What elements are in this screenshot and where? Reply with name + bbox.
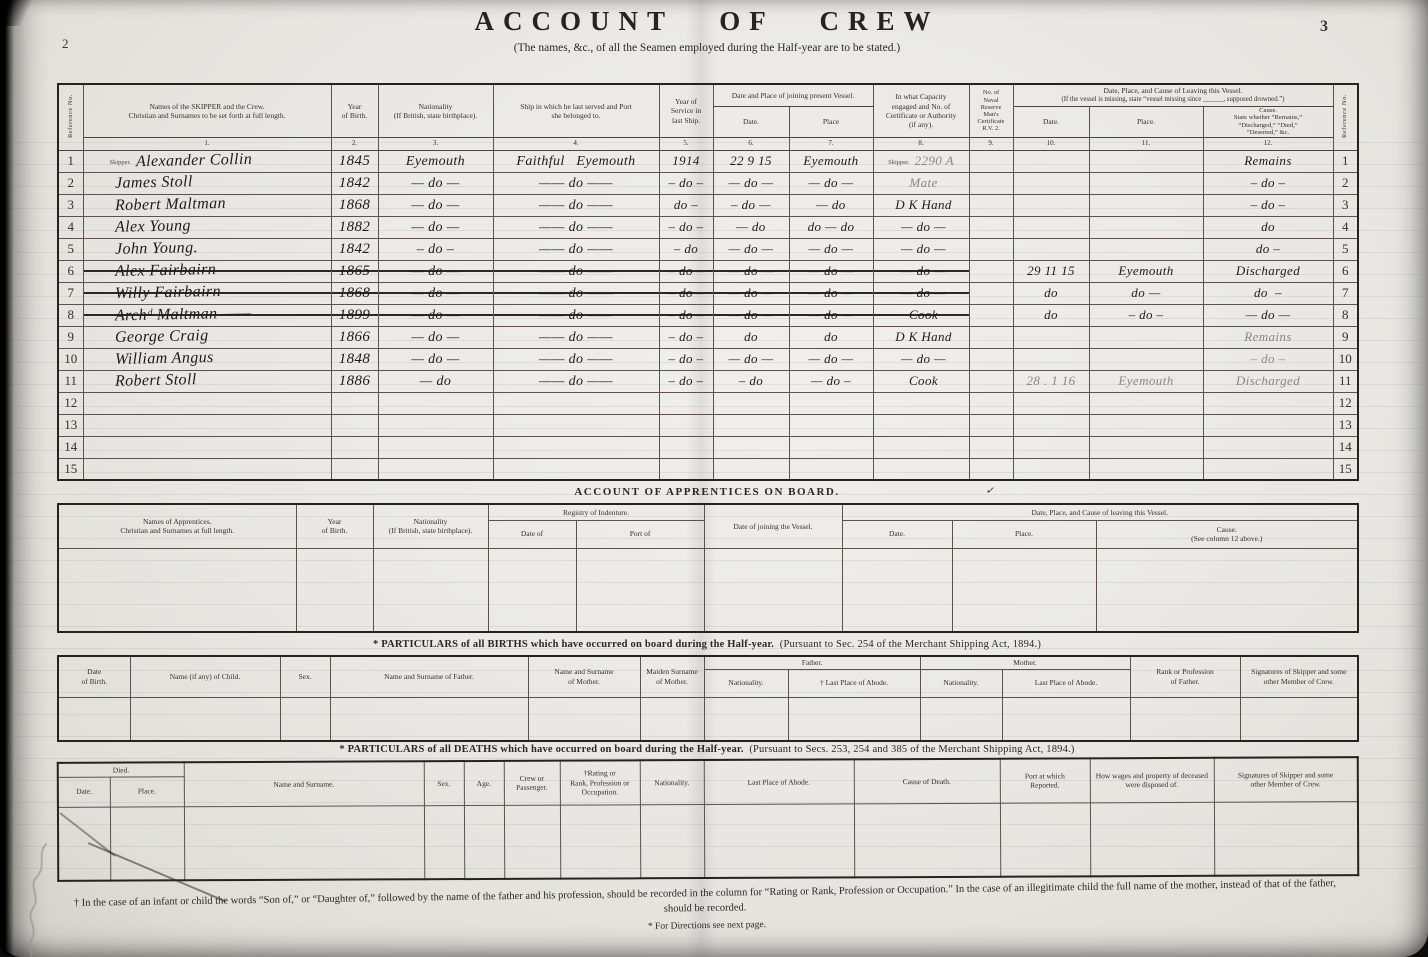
cause-cell: Discharged	[1203, 370, 1333, 392]
naval-cell	[969, 304, 1013, 326]
crew-name: John Young.	[114, 239, 197, 259]
name-cell: George Craig	[83, 326, 331, 348]
col-group-leaving: Date, Place, and Cause of Leaving this V…	[1013, 84, 1333, 106]
birth-col-mother-group: Mother.	[920, 656, 1130, 669]
birth-col-father-nat: Nationality.	[704, 669, 788, 697]
col-header-naval-reserve: No. of Naval Reserve Man's Certificate R…	[969, 84, 1013, 137]
name-cell: Robert Maltman	[83, 194, 331, 216]
nationality-cell: – do –	[378, 238, 493, 260]
crew-row: 6 Alex Fairbairn 1865 — do — —— do —— – …	[58, 260, 1358, 282]
col-header-join-date: Date.	[713, 106, 789, 137]
year-cell: 1842	[331, 172, 378, 194]
capacity-cell: — do —	[873, 260, 969, 282]
year-cell: 1899	[331, 304, 378, 326]
nationality-cell: — do —	[378, 282, 493, 304]
naval-cell	[969, 370, 1013, 392]
death-col-port: Port at which Reported.	[1000, 758, 1090, 802]
name-cell: John Young.	[83, 238, 331, 260]
join-place-cell: do	[789, 326, 873, 348]
leave-place-cell	[1089, 172, 1203, 194]
name-cell: Willy Fairbairn	[83, 282, 331, 304]
nationality-cell: Eyemouth	[378, 150, 493, 172]
capacity-cell: — do —	[873, 348, 969, 370]
row-ref-left: 7	[58, 282, 83, 304]
app-col-joining: Date of joining the Vessel.	[704, 504, 842, 548]
crew-row: 10 William Angus 1848 — do — —— do —— – …	[58, 348, 1358, 370]
join-date-cell	[713, 458, 789, 480]
row-ref-right: 8	[1333, 304, 1358, 326]
last-ship-cell: —— do ——	[493, 260, 659, 282]
join-date-cell: — do —	[713, 172, 789, 194]
capacity-cell	[873, 458, 969, 480]
join-date-cell	[713, 392, 789, 414]
join-place-cell: — do —	[789, 304, 873, 326]
death-col-date: Date.	[58, 777, 110, 807]
year-cell: 1865	[331, 260, 378, 282]
col-header-year-of-birth: Year of Birth.	[331, 84, 378, 137]
last-ship-cell: —— do ——	[493, 238, 659, 260]
page-subtitle: (The names, &c., of all the Seamen emplo…	[57, 42, 1357, 54]
cause-cell: do	[1203, 216, 1333, 238]
service-cell	[659, 414, 713, 436]
leave-date-cell	[1013, 216, 1089, 238]
col-header-year-of-service: Year of Service in last Ship.	[659, 84, 713, 137]
naval-cell	[969, 238, 1013, 260]
join-date-cell: 22 9 15	[713, 150, 789, 172]
birth-col-sex: Sex.	[280, 656, 330, 697]
join-place-cell: — do —	[789, 238, 873, 260]
year-cell	[331, 436, 378, 458]
app-col-leave-place: Place.	[952, 520, 1096, 548]
crew-name: James Stoll	[114, 174, 192, 194]
cause-cell	[1203, 414, 1333, 436]
crew-row: 15 15	[58, 458, 1358, 480]
death-col-crew: Crew or Passenger.	[504, 761, 560, 805]
leave-place-cell	[1089, 216, 1203, 238]
last-ship-cell: —— do ——	[493, 172, 659, 194]
join-place-cell	[789, 392, 873, 414]
cause-cell	[1203, 392, 1333, 414]
crew-table-body: 1 Skipper.Alexander Collin 1845 Eyemouth…	[58, 150, 1358, 480]
row-ref-left: 12	[58, 392, 83, 414]
service-cell: – do –	[659, 282, 713, 304]
birth-col-signatures: Signatures of Skipper and some other Mem…	[1240, 656, 1358, 697]
leave-place-cell	[1089, 150, 1203, 172]
join-date-cell	[713, 414, 789, 436]
name-cell: Alex Young	[83, 216, 331, 238]
naval-cell	[969, 194, 1013, 216]
row-ref-left: 4	[58, 216, 83, 238]
leave-date-cell	[1013, 238, 1089, 260]
app-col-leave-date: Date.	[842, 520, 952, 548]
pen-checkmark: ✓	[985, 483, 996, 497]
last-ship-cell: —— do ——	[493, 370, 659, 392]
row-ref-right: 6	[1333, 260, 1358, 282]
crew-name: Alex Young	[114, 218, 190, 238]
row-ref-right: 4	[1333, 216, 1358, 238]
leave-place-cell	[1089, 326, 1203, 348]
year-cell: 1886	[331, 370, 378, 392]
leave-place-cell: – do –	[1089, 304, 1203, 326]
cause-cell: Remains	[1203, 150, 1333, 172]
death-col-nationality: Nationality.	[640, 760, 704, 804]
deaths-empty-row	[58, 801, 1358, 881]
death-col-name: Name and Surname.	[184, 761, 424, 806]
death-col-sex: Sex.	[424, 761, 464, 805]
nationality-cell: — do —	[378, 348, 493, 370]
capacity-cell: — do —	[873, 216, 969, 238]
death-col-cause: Cause of Death.	[854, 759, 1000, 804]
naval-cell	[969, 216, 1013, 238]
birth-col-father: Name and Surname of Father.	[330, 656, 528, 697]
crew-row: 14 14	[58, 436, 1358, 458]
crew-name: George Craig	[114, 327, 208, 347]
births-title: * PARTICULARS of all BIRTHS which have o…	[57, 639, 1357, 650]
join-place-cell	[789, 414, 873, 436]
crew-row: 9 George Craig 1866 — do — —— do —— – do…	[58, 326, 1358, 348]
row-ref-right: 7	[1333, 282, 1358, 304]
column-number-row: 1.2. 3.4. 5.6. 7.8. 9.10. 11.12.	[58, 137, 1358, 150]
row-ref-left: 9	[58, 326, 83, 348]
service-cell: – do –	[659, 304, 713, 326]
row-ref-left: 11	[58, 370, 83, 392]
year-cell	[331, 458, 378, 480]
crew-row: 13 13	[58, 414, 1358, 436]
birth-col-mother-abode: Last Place of Abode.	[1002, 669, 1130, 697]
cause-cell: – do –	[1203, 348, 1333, 370]
leave-place-cell	[1089, 436, 1203, 458]
row-ref-left: 2	[58, 172, 83, 194]
app-col-leave-cause: Cause. (See column 12 above.)	[1096, 520, 1358, 548]
row-ref-right: 9	[1333, 326, 1358, 348]
app-col-registry-group: Registry of Indenture.	[488, 504, 704, 520]
join-date-cell: — do —	[713, 238, 789, 260]
death-col-place: Place.	[110, 776, 184, 806]
leave-date-cell	[1013, 172, 1089, 194]
row-ref-left: 8	[58, 304, 83, 326]
service-cell	[659, 458, 713, 480]
join-date-cell: – do —	[713, 194, 789, 216]
nationality-cell	[378, 392, 493, 414]
service-cell: – do	[659, 238, 713, 260]
year-cell	[331, 392, 378, 414]
join-place-cell: do — do	[789, 216, 873, 238]
row-ref-left: 5	[58, 238, 83, 260]
join-date-cell: — do	[713, 216, 789, 238]
leave-date-cell	[1013, 436, 1089, 458]
nationality-cell: — do —	[378, 172, 493, 194]
name-cell: Robert Stoll	[83, 370, 331, 392]
last-ship-cell: —— do ——	[493, 282, 659, 304]
capacity-cell: Cook	[873, 370, 969, 392]
crew-name: Robert Stoll	[114, 371, 196, 391]
nationality-cell: — do —	[378, 194, 493, 216]
death-col-abode: Last Place of Abode.	[704, 759, 854, 804]
death-col-rating: †Rating or Rank, Profession or Occupatio…	[560, 760, 640, 804]
naval-cell	[969, 326, 1013, 348]
year-cell: 1845	[331, 150, 378, 172]
join-place-cell: Eyemouth	[789, 150, 873, 172]
join-date-cell: — do —	[713, 304, 789, 326]
name-cell	[83, 458, 331, 480]
cause-cell: Discharged	[1203, 260, 1333, 282]
capacity-cell	[873, 414, 969, 436]
leave-date-cell	[1013, 326, 1089, 348]
death-col-age: Age.	[464, 761, 504, 805]
cause-cell: do –	[1203, 238, 1333, 260]
join-place-cell	[789, 458, 873, 480]
app-col-names: Names of Apprentices. Christian and Surn…	[58, 504, 296, 548]
row-ref-left: 15	[58, 458, 83, 480]
last-ship-cell: —— do ——	[493, 194, 659, 216]
capacity-cell: D K Hand	[873, 194, 969, 216]
row-ref-left: 3	[58, 194, 83, 216]
crew-name: Archᵈ Maltman ——	[114, 305, 250, 326]
join-place-cell: — do —	[789, 172, 873, 194]
capacity-cell: D K Hand	[873, 326, 969, 348]
last-ship-cell	[493, 392, 659, 414]
service-cell: – do –	[659, 172, 713, 194]
name-cell: Skipper.Alexander Collin	[83, 150, 331, 172]
join-place-cell: — do —	[789, 348, 873, 370]
leave-date-cell	[1013, 194, 1089, 216]
app-col-year: Year of Birth.	[296, 504, 373, 548]
leave-place-cell	[1089, 238, 1203, 260]
join-date-cell: — do —	[713, 260, 789, 282]
leave-place-cell: Eyemouth	[1089, 370, 1203, 392]
service-cell: – do –	[659, 370, 713, 392]
row-ref-right: 10	[1333, 348, 1358, 370]
leave-place-cell	[1089, 458, 1203, 480]
crew-row: 7 Willy Fairbairn 1868 — do — —— do —— –…	[58, 282, 1358, 304]
service-cell: – do –	[659, 326, 713, 348]
service-cell	[659, 392, 713, 414]
births-empty-row	[58, 697, 1358, 741]
row-ref-right: 14	[1333, 436, 1358, 458]
col-group-joining: Date and Place of joining present Vessel…	[713, 84, 873, 106]
leave-date-cell	[1013, 458, 1089, 480]
join-place-cell: — do —	[789, 282, 873, 304]
capacity-cell	[873, 392, 969, 414]
last-ship-cell: —— do ——	[493, 304, 659, 326]
nationality-cell: — do	[378, 370, 493, 392]
leave-place-cell: do —	[1089, 282, 1203, 304]
col-header-nationality: Nationality (If British, state birthplac…	[378, 84, 493, 137]
birth-col-date: Date of Birth.	[58, 656, 130, 697]
naval-cell	[969, 282, 1013, 304]
capacity-cell: Cook	[873, 304, 969, 326]
leave-place-cell	[1089, 414, 1203, 436]
cause-cell	[1203, 436, 1333, 458]
col-header-cause: Cause. State whether “Remains,” “Dischar…	[1203, 106, 1333, 137]
binding-shadow	[0, 0, 14, 957]
crew-row: 4 Alex Young 1882 — do — —— do —— – do –…	[58, 216, 1358, 238]
crew-row: 5 John Young. 1842 – do – —— do —— – do …	[58, 238, 1358, 260]
cause-cell: – do –	[1203, 172, 1333, 194]
service-cell: – do –	[659, 260, 713, 282]
join-place-cell: — do —	[789, 260, 873, 282]
birth-col-father-group: Father.	[704, 656, 920, 669]
leave-date-cell: 28 . 1 16	[1013, 370, 1089, 392]
naval-cell	[969, 436, 1013, 458]
crew-name: Robert Maltman	[114, 195, 225, 215]
leave-date-cell: do	[1013, 282, 1089, 304]
last-ship-cell: —— do ——	[493, 326, 659, 348]
cause-cell: do –	[1203, 282, 1333, 304]
year-cell: 1848	[331, 348, 378, 370]
nationality-cell: — do —	[378, 326, 493, 348]
join-date-cell	[713, 436, 789, 458]
name-cell: William Angus	[83, 348, 331, 370]
apprentices-table: Names of Apprentices. Christian and Surn…	[57, 503, 1359, 633]
birth-col-mother: Name and Surname of Mother.	[528, 656, 640, 697]
nationality-cell	[378, 458, 493, 480]
row-ref-left: 13	[58, 414, 83, 436]
leave-date-cell	[1013, 392, 1089, 414]
skipper-label: Skipper.	[110, 159, 132, 166]
app-col-registry-date: Date of	[488, 520, 576, 548]
col-header-capacity: In what Capacity engaged and No. of Cert…	[873, 84, 969, 137]
crew-name: Alexander Collin	[136, 151, 253, 171]
year-cell: 1868	[331, 194, 378, 216]
margin-scribble	[22, 838, 56, 957]
leave-date-cell	[1013, 150, 1089, 172]
leave-date-cell: 29 11 15	[1013, 260, 1089, 282]
last-ship-cell: —— do ——	[493, 348, 659, 370]
leave-place-cell	[1089, 348, 1203, 370]
crew-row: 8 Archᵈ Maltman —— 1899 — do — —— do —— …	[58, 304, 1358, 326]
birth-col-mother-nat: Nationality.	[920, 669, 1002, 697]
cause-cell: Remains	[1203, 326, 1333, 348]
join-date-cell: — do —	[713, 282, 789, 304]
leave-date-cell: do	[1013, 304, 1089, 326]
deaths-table: Died. Name and Surname. Sex. Age. Crew o…	[57, 756, 1360, 882]
service-cell: – do –	[659, 216, 713, 238]
row-ref-right: 5	[1333, 238, 1358, 260]
birth-col-father-abode: † Last Place of Abode.	[788, 669, 920, 697]
leave-place-cell: Eyemouth	[1089, 260, 1203, 282]
last-ship-cell	[493, 458, 659, 480]
page-title: ACCOUNT OF CREW	[57, 6, 1357, 37]
row-ref-right: 3	[1333, 194, 1358, 216]
last-ship-cell: —— do ——	[493, 216, 659, 238]
join-place-cell: — do	[789, 194, 873, 216]
name-cell	[83, 436, 331, 458]
crew-row: 11 Robert Stoll 1886 — do —— do —— – do …	[58, 370, 1358, 392]
crew-row: 12 12	[58, 392, 1358, 414]
year-cell: 1866	[331, 326, 378, 348]
ref-no-header-left: Reference No.	[58, 84, 83, 150]
col-header-leave-place: Place.	[1089, 106, 1203, 137]
apprentices-title: ACCOUNT OF APPRENTICES ON BOARD.	[57, 486, 1357, 498]
capacity-cell	[873, 436, 969, 458]
nationality-cell	[378, 436, 493, 458]
name-cell: Archᵈ Maltman ——	[83, 304, 331, 326]
apprentices-empty-row	[58, 548, 1358, 632]
cause-cell: — do —	[1203, 304, 1333, 326]
naval-cell	[969, 348, 1013, 370]
year-cell	[331, 414, 378, 436]
service-cell: do –	[659, 194, 713, 216]
col-header-last-ship: Ship in which he last served and Port sh…	[493, 84, 659, 137]
join-date-cell: do	[713, 326, 789, 348]
scan-corner	[0, 0, 60, 26]
row-ref-left: 6	[58, 260, 83, 282]
col-header-join-place: Place	[789, 106, 873, 137]
cause-cell	[1203, 458, 1333, 480]
row-ref-left: 10	[58, 348, 83, 370]
row-ref-left: 14	[58, 436, 83, 458]
death-col-wages: How wages and property of deceased were …	[1090, 758, 1214, 803]
name-cell: Alex Fairbairn	[83, 260, 331, 282]
col-header-leave-date: Date.	[1013, 106, 1089, 137]
naval-cell	[969, 260, 1013, 282]
naval-cell	[969, 392, 1013, 414]
crew-table: Reference No. Names of the SKIPPER and t…	[57, 83, 1359, 481]
ref-no-header-right: Reference No.	[1333, 84, 1358, 150]
birth-col-rank: Rank or Profession of Father.	[1130, 656, 1240, 697]
row-ref-right: 13	[1333, 414, 1358, 436]
name-cell: James Stoll	[83, 172, 331, 194]
crew-row: 3 Robert Maltman 1868 — do — —— do —— do…	[58, 194, 1358, 216]
name-cell	[83, 414, 331, 436]
app-col-registry-port: Port of	[576, 520, 704, 548]
nationality-cell	[378, 414, 493, 436]
row-ref-left: 1	[58, 150, 83, 172]
last-ship-cell	[493, 414, 659, 436]
births-table: Date of Birth. Name (if any) of Child. S…	[57, 655, 1359, 742]
crew-row: 1 Skipper.Alexander Collin 1845 Eyemouth…	[58, 150, 1358, 172]
leave-date-cell	[1013, 414, 1089, 436]
app-col-nationality: Nationality (If British, state birthplac…	[373, 504, 488, 548]
cause-cell: – do –	[1203, 194, 1333, 216]
last-ship-cell: Faithful Eyemouth	[493, 150, 659, 172]
join-date-cell: – do	[713, 370, 789, 392]
capacity-cell: Skipper.2290 A	[873, 150, 969, 172]
nationality-cell: — do —	[378, 304, 493, 326]
service-cell: – do –	[659, 348, 713, 370]
year-cell: 1842	[331, 238, 378, 260]
row-ref-right: 11	[1333, 370, 1358, 392]
row-ref-right: 2	[1333, 172, 1358, 194]
leave-place-cell	[1089, 194, 1203, 216]
name-cell	[83, 392, 331, 414]
capacity-cell: — do —	[873, 282, 969, 304]
scanned-page: 2 3 ACCOUNT OF CREW (The names, &c., of …	[0, 0, 1428, 957]
leave-date-cell	[1013, 348, 1089, 370]
birth-col-child: Name (if any) of Child.	[130, 656, 280, 697]
join-place-cell	[789, 436, 873, 458]
service-cell	[659, 436, 713, 458]
row-ref-right: 12	[1333, 392, 1358, 414]
naval-cell	[969, 172, 1013, 194]
birth-col-maiden: Maiden Surname of Mother.	[640, 656, 704, 697]
leave-place-cell	[1089, 392, 1203, 414]
deaths-title: * PARTICULARS of all DEATHS which have o…	[57, 744, 1357, 755]
service-cell: 1914	[659, 150, 713, 172]
crew-name: Willy Fairbairn	[114, 283, 220, 303]
nationality-cell: — do —	[378, 260, 493, 282]
naval-cell	[969, 458, 1013, 480]
row-ref-right: 15	[1333, 458, 1358, 480]
year-cell: 1882	[331, 216, 378, 238]
naval-cell	[969, 150, 1013, 172]
death-col-signatures: Signatures of Skipper and some other Mem…	[1214, 757, 1358, 802]
last-ship-cell	[493, 436, 659, 458]
capacity-cell: Mate	[873, 172, 969, 194]
join-place-cell: — do –	[789, 370, 873, 392]
crew-name: Alex Fairbairn	[114, 261, 215, 281]
